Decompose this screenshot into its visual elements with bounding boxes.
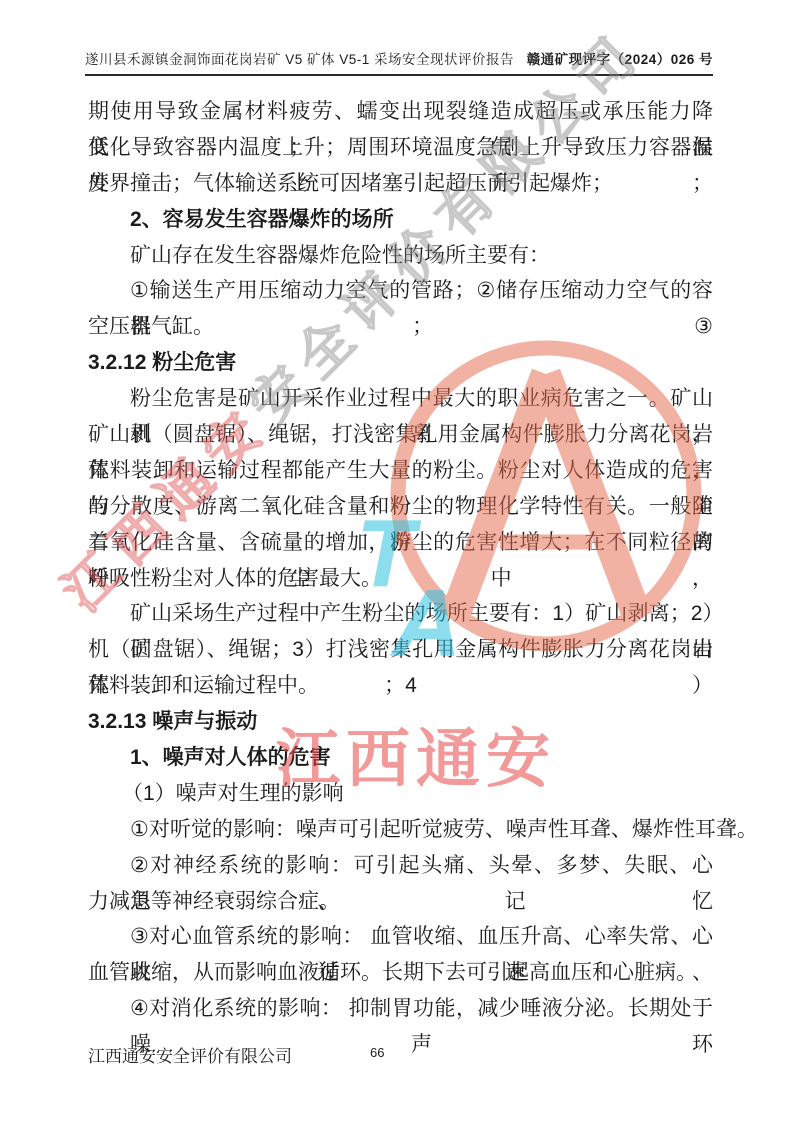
page-header: 遂川县禾源镇金洞饰面花岗岩矿 V5 矿体 V5-1 采场安全现状评价报告 赣通矿… [85,48,713,76]
text-line: 荒料装卸和运输过程都能产生大量的粉尘。粉尘对人体造成的危害与粉尘 [88,453,713,489]
text-line: 矿山采场生产过程中产生粉尘的场所主要有：1）矿山剥离；2）矿山 [88,596,713,632]
header-report-title: 遂川县禾源镇金洞饰面花岗岩矿 V5 矿体 V5-1 采场安全现状评价报告 [85,48,514,68]
text-line: （1）噪声对生理的影响 [88,776,713,812]
text-line: 1、噪声对人体的危害 [88,740,713,776]
page-footer: 江西通安安全评价有限公司 66 [88,1042,713,1066]
text-line: 的分散度、游离二氧化硅含量和粉尘的物理化学特性有关。一般随着游离 [88,489,713,525]
text-line: 矿山存在发生容器爆炸危险性的场所主要有： [88,238,713,274]
page-number: 66 [370,1045,384,1060]
text-line: 期使用导致金属材料疲劳、蠕变出现裂缝造成超压或承压能力降低；气候 [88,94,713,130]
text-line: 机（圆盘锯）、绳锯；3）打浅密集孔用金属构件膨胀力分离花岗岩体；4） [88,632,713,668]
text-line: ①输送生产用压缩动力空气的管路；②储存压缩动力空气的容器；③ [88,273,713,309]
text-line: 血管收缩，从而影响血液循环。长期下去可引起高血压和心脏病。 [88,955,713,991]
text-line: 矿山机（圆盘锯）、绳锯，打浅密集孔用金属构件膨胀力分离花岗岩体， [88,417,713,453]
text-line: ④对消化系统的影响： 抑制胃功能，减少唾液分泌。长期处于噪声环 [88,991,713,1027]
text-line: 粉尘危害是矿山开采作业过程中最大的职业病危害之一。矿山剥离， [88,381,713,417]
text-line: 2、容易发生容器爆炸的场所 [88,202,713,238]
text-line: 3.2.13 噪声与振动 [88,704,713,740]
text-line: 3.2.12 粉尘危害 [88,345,713,381]
text-line: ①对听觉的影响：噪声可引起听觉疲劳、噪声性耳聋、爆炸性耳聋。 [88,812,713,848]
text-line: ②对神经系统的影响：可引起头痛、头晕、多梦、失眠、心急、记忆 [88,848,713,884]
text-line: ③对心血管系统的影响： 血管收缩、血压升高、心率失常、心跳过速、 [88,919,713,955]
text-line: 二氧化硅含量、含硫量的增加，粉尘的危害性增大；在不同粒径的粉尘中， [88,525,713,561]
document-page: 遂川县禾源镇金洞饰面花岗岩矿 V5 矿体 V5-1 采场安全现状评价报告 赣通矿… [0,0,793,1122]
footer-company-name: 江西通安安全评价有限公司 [88,1042,292,1067]
header-document-number: 赣通矿现评字（2024）026 号 [527,48,713,68]
document-body: 期使用导致金属材料疲劳、蠕变出现裂缝造成超压或承压能力降低；气候变化导致容器内温… [88,94,713,1027]
text-line: 变化导致容器内温度上升；周围环境温度急剧上升导致压力容器温度上升； [88,130,713,166]
